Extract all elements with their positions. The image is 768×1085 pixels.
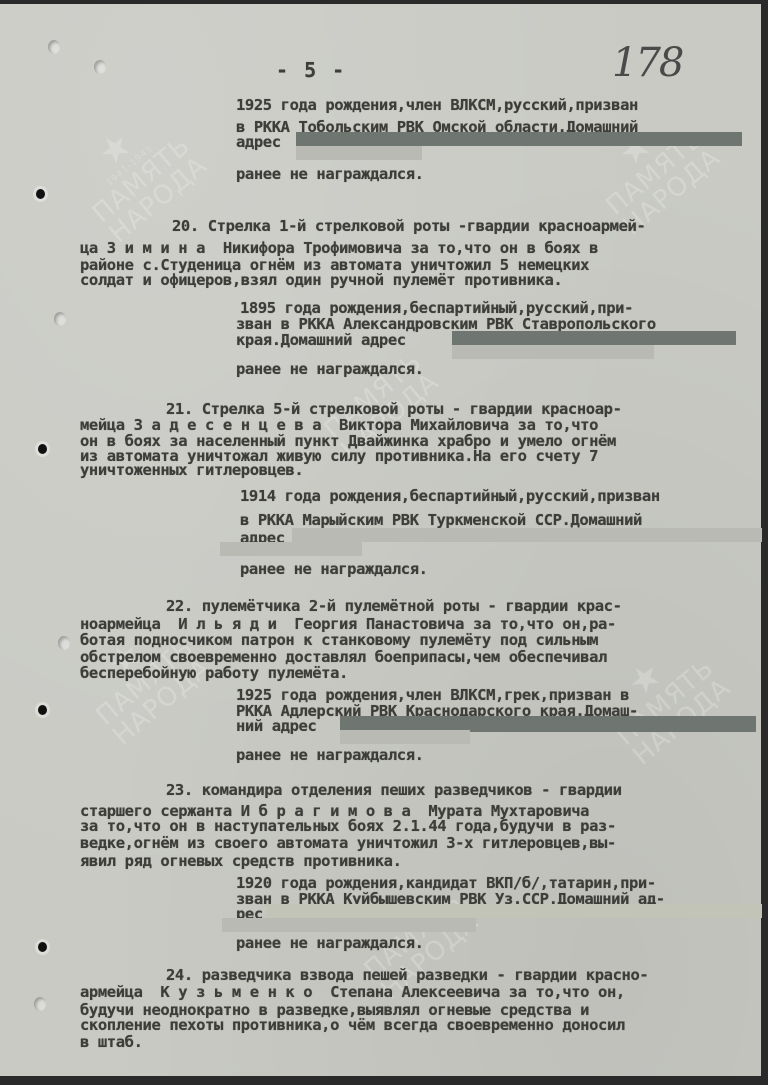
text-line: ноармейца И л ь я д и Георгия Панастович… (80, 616, 616, 632)
redacted-address (296, 132, 742, 146)
bio-line: 1895 года рождения,беспартийный,русский,… (240, 300, 633, 316)
staple-mark (54, 312, 66, 326)
text-line: 23. командира отделения пеших разведчико… (166, 782, 622, 798)
text-line: солдат и офицеров,взял один ручной пулем… (80, 272, 562, 288)
text-line: бесперебойную работу пулемёта. (80, 665, 348, 681)
star-icon: ★ (60, 98, 172, 200)
text-line: 20. Стрелка 1-й стрелковой роты -гвардии… (172, 218, 645, 234)
staple-mark (34, 997, 46, 1011)
award-note: ранее не награждался. (236, 747, 424, 763)
redacted-address (222, 918, 476, 932)
award-note: ранее не награждался. (236, 935, 424, 951)
text-line: ботая подносчиком патрон к станковому пу… (80, 632, 598, 648)
punch-hole (38, 705, 47, 715)
text-line: за то,что он в наступательных боях 2.1.4… (80, 818, 616, 834)
text-line: скопление пехоты противника,о чём всегда… (80, 1017, 625, 1033)
bio-line: зван в РККА Александровским РВК Ставропо… (236, 316, 656, 332)
text-line: 1925 года рождения,член ВЛКСМ,русский,пр… (236, 97, 638, 113)
bio-line: 1925 года рождения,член ВЛКСМ,грек,призв… (236, 687, 629, 703)
award-note: ранее не награждался. (236, 166, 424, 182)
text-line: обстрелом своевременно доставлял боеприп… (80, 649, 607, 665)
staple-mark (58, 636, 70, 650)
redacted-address (220, 542, 362, 556)
text-line: явил ряд огневых средств противника. (80, 853, 402, 869)
punch-hole (38, 942, 47, 952)
redacted-address (452, 345, 654, 359)
redacted-address (266, 904, 762, 918)
text-line: 21. Стрелка 5-й стрелковой роты - гварди… (166, 401, 622, 417)
staple-mark (48, 40, 60, 54)
bio-line: 1914 года рождения,беспартийный,русский,… (240, 488, 660, 504)
award-note: ранее не награждался. (240, 561, 428, 577)
redacted-address (340, 730, 470, 744)
redacted-address (296, 146, 422, 160)
punch-hole (36, 189, 45, 199)
text-line: уничтоженных гитлеровцев. (80, 462, 303, 478)
bio-line: края.Домашний адрес (236, 332, 406, 348)
bio-line: в РККА Марыйским РВК Туркменской ССР.Дом… (240, 512, 642, 528)
text-line: мейца З а д е с е н ц е в а Виктора Миха… (80, 417, 598, 433)
text-line: ведке,огнём из своего автомата уничтожил… (80, 835, 616, 851)
bio-line: 1920 года рождения,кандидат ВКП/б/,татар… (236, 875, 656, 891)
redacted-address (292, 528, 762, 542)
redacted-address (452, 331, 736, 345)
text-line: армейца К у з ь м е н к о Степана Алексе… (80, 984, 625, 1000)
text-line: 24. разведчика взвода пешей разведки - г… (166, 967, 648, 983)
text-line: ца З и м и н а Никифора Трофимовича за т… (80, 240, 598, 256)
punch-hole (38, 444, 47, 454)
award-note: ранее не награждался. (236, 361, 424, 377)
text-line: в штаб. (80, 1034, 143, 1050)
staple-mark (94, 60, 106, 74)
text-line: 22. пулемётчика 2-й пулемётной роты - гв… (166, 598, 622, 614)
archive-document-page: ★ 1941-1945 ПАМЯТЬ НАРОДА ★ ПАМЯТЬ НАРОД… (0, 4, 761, 1076)
page-number: - 5 - (276, 62, 346, 78)
text-line: адрес (236, 134, 281, 150)
archive-sheet-number: 178 (612, 40, 682, 86)
bio-line: ний адрес (236, 718, 316, 734)
